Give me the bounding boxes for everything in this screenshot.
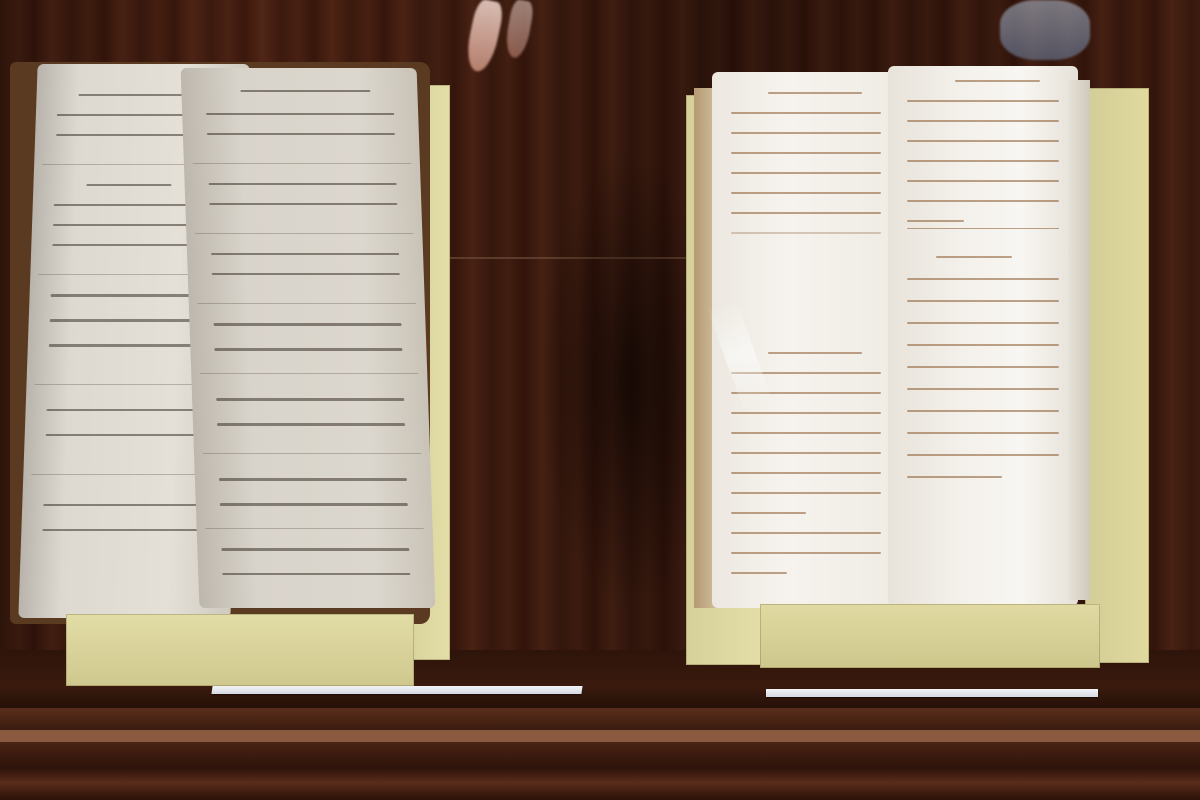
- handwriting-line: [731, 112, 881, 114]
- handwriting-line: [731, 512, 806, 514]
- handwriting-line: [907, 200, 1059, 202]
- handwriting-line: [731, 192, 881, 194]
- shelf-trim: [0, 730, 1200, 742]
- handwriting-line: [907, 140, 1059, 142]
- book-stand-back-right: [1085, 88, 1149, 663]
- handwriting-line: [731, 432, 881, 434]
- handwriting-line: [214, 348, 403, 351]
- handwriting-line: [221, 548, 410, 551]
- ruled-line: [203, 453, 420, 454]
- handwriting-line: [218, 478, 407, 481]
- handwriting-line: [731, 132, 881, 134]
- handwriting-line: [907, 410, 1059, 412]
- ruled-line: [193, 163, 410, 164]
- handwriting-line: [955, 80, 1041, 82]
- handwriting-line: [219, 503, 408, 506]
- handwriting-line: [907, 100, 1059, 102]
- handwriting-line: [907, 300, 1059, 302]
- handwriting-line: [47, 409, 217, 411]
- handwriting-line: [907, 366, 1059, 368]
- handwriting-line: [907, 180, 1059, 182]
- shelf-base: [0, 742, 1200, 800]
- handwriting-line: [731, 452, 881, 454]
- manuscript-right-fore-edge: [1068, 80, 1090, 600]
- manuscript-left-page-recto: [181, 68, 436, 608]
- handwriting-line: [731, 532, 881, 534]
- glass-reflection: [1000, 0, 1090, 60]
- display-case-scene: [0, 0, 1200, 800]
- exhibit-label-left: [211, 686, 582, 694]
- handwriting-line: [731, 232, 881, 234]
- handwriting-line: [907, 476, 1002, 478]
- handwriting-line: [907, 120, 1059, 122]
- handwriting-line: [211, 273, 400, 275]
- ruled-line: [196, 233, 413, 234]
- handwriting-line: [43, 504, 213, 506]
- ruled-line: [907, 228, 1059, 229]
- handwriting-line: [46, 434, 216, 436]
- handwriting-line: [731, 472, 881, 474]
- handwriting-line: [731, 172, 881, 174]
- handwriting-line: [936, 256, 1012, 258]
- handwriting-line: [768, 352, 862, 354]
- handwriting-line: [216, 398, 405, 401]
- book-stand-base-right: [760, 604, 1100, 668]
- handwriting-line: [208, 183, 397, 185]
- handwriting-line: [731, 152, 881, 154]
- book-stand-base-left: [66, 614, 414, 686]
- handwriting-line: [86, 184, 171, 186]
- handwriting-line: [907, 322, 1059, 324]
- ruled-line: [201, 373, 418, 374]
- handwriting-line: [211, 253, 400, 255]
- handwriting-line: [907, 454, 1059, 456]
- handwriting-line: [209, 203, 398, 205]
- handwriting-line: [240, 90, 370, 92]
- handwriting-line: [907, 278, 1059, 280]
- handwriting-line: [213, 323, 402, 326]
- handwriting-line: [222, 573, 411, 575]
- ruled-line: [198, 303, 415, 304]
- handwriting-line: [731, 552, 881, 554]
- handwriting-line: [768, 92, 862, 94]
- handwriting-line: [907, 388, 1059, 390]
- handwriting-line: [206, 113, 395, 115]
- handwriting-line: [731, 212, 881, 214]
- shelf-edge: [0, 708, 1200, 730]
- handwriting-line: [206, 133, 395, 135]
- handwriting-line: [907, 432, 1059, 434]
- shadow: [540, 150, 690, 610]
- manuscript-right-page-recto: [888, 66, 1078, 606]
- handwriting-line: [217, 423, 406, 426]
- handwriting-line: [907, 220, 964, 222]
- handwriting-line: [731, 572, 787, 574]
- exhibit-label-right: [766, 689, 1098, 697]
- handwriting-line: [907, 160, 1059, 162]
- handwriting-line: [907, 344, 1059, 346]
- handwriting-line: [731, 492, 881, 494]
- handwriting-line: [43, 529, 213, 531]
- ruled-line: [206, 528, 423, 529]
- handwriting-line: [731, 412, 881, 414]
